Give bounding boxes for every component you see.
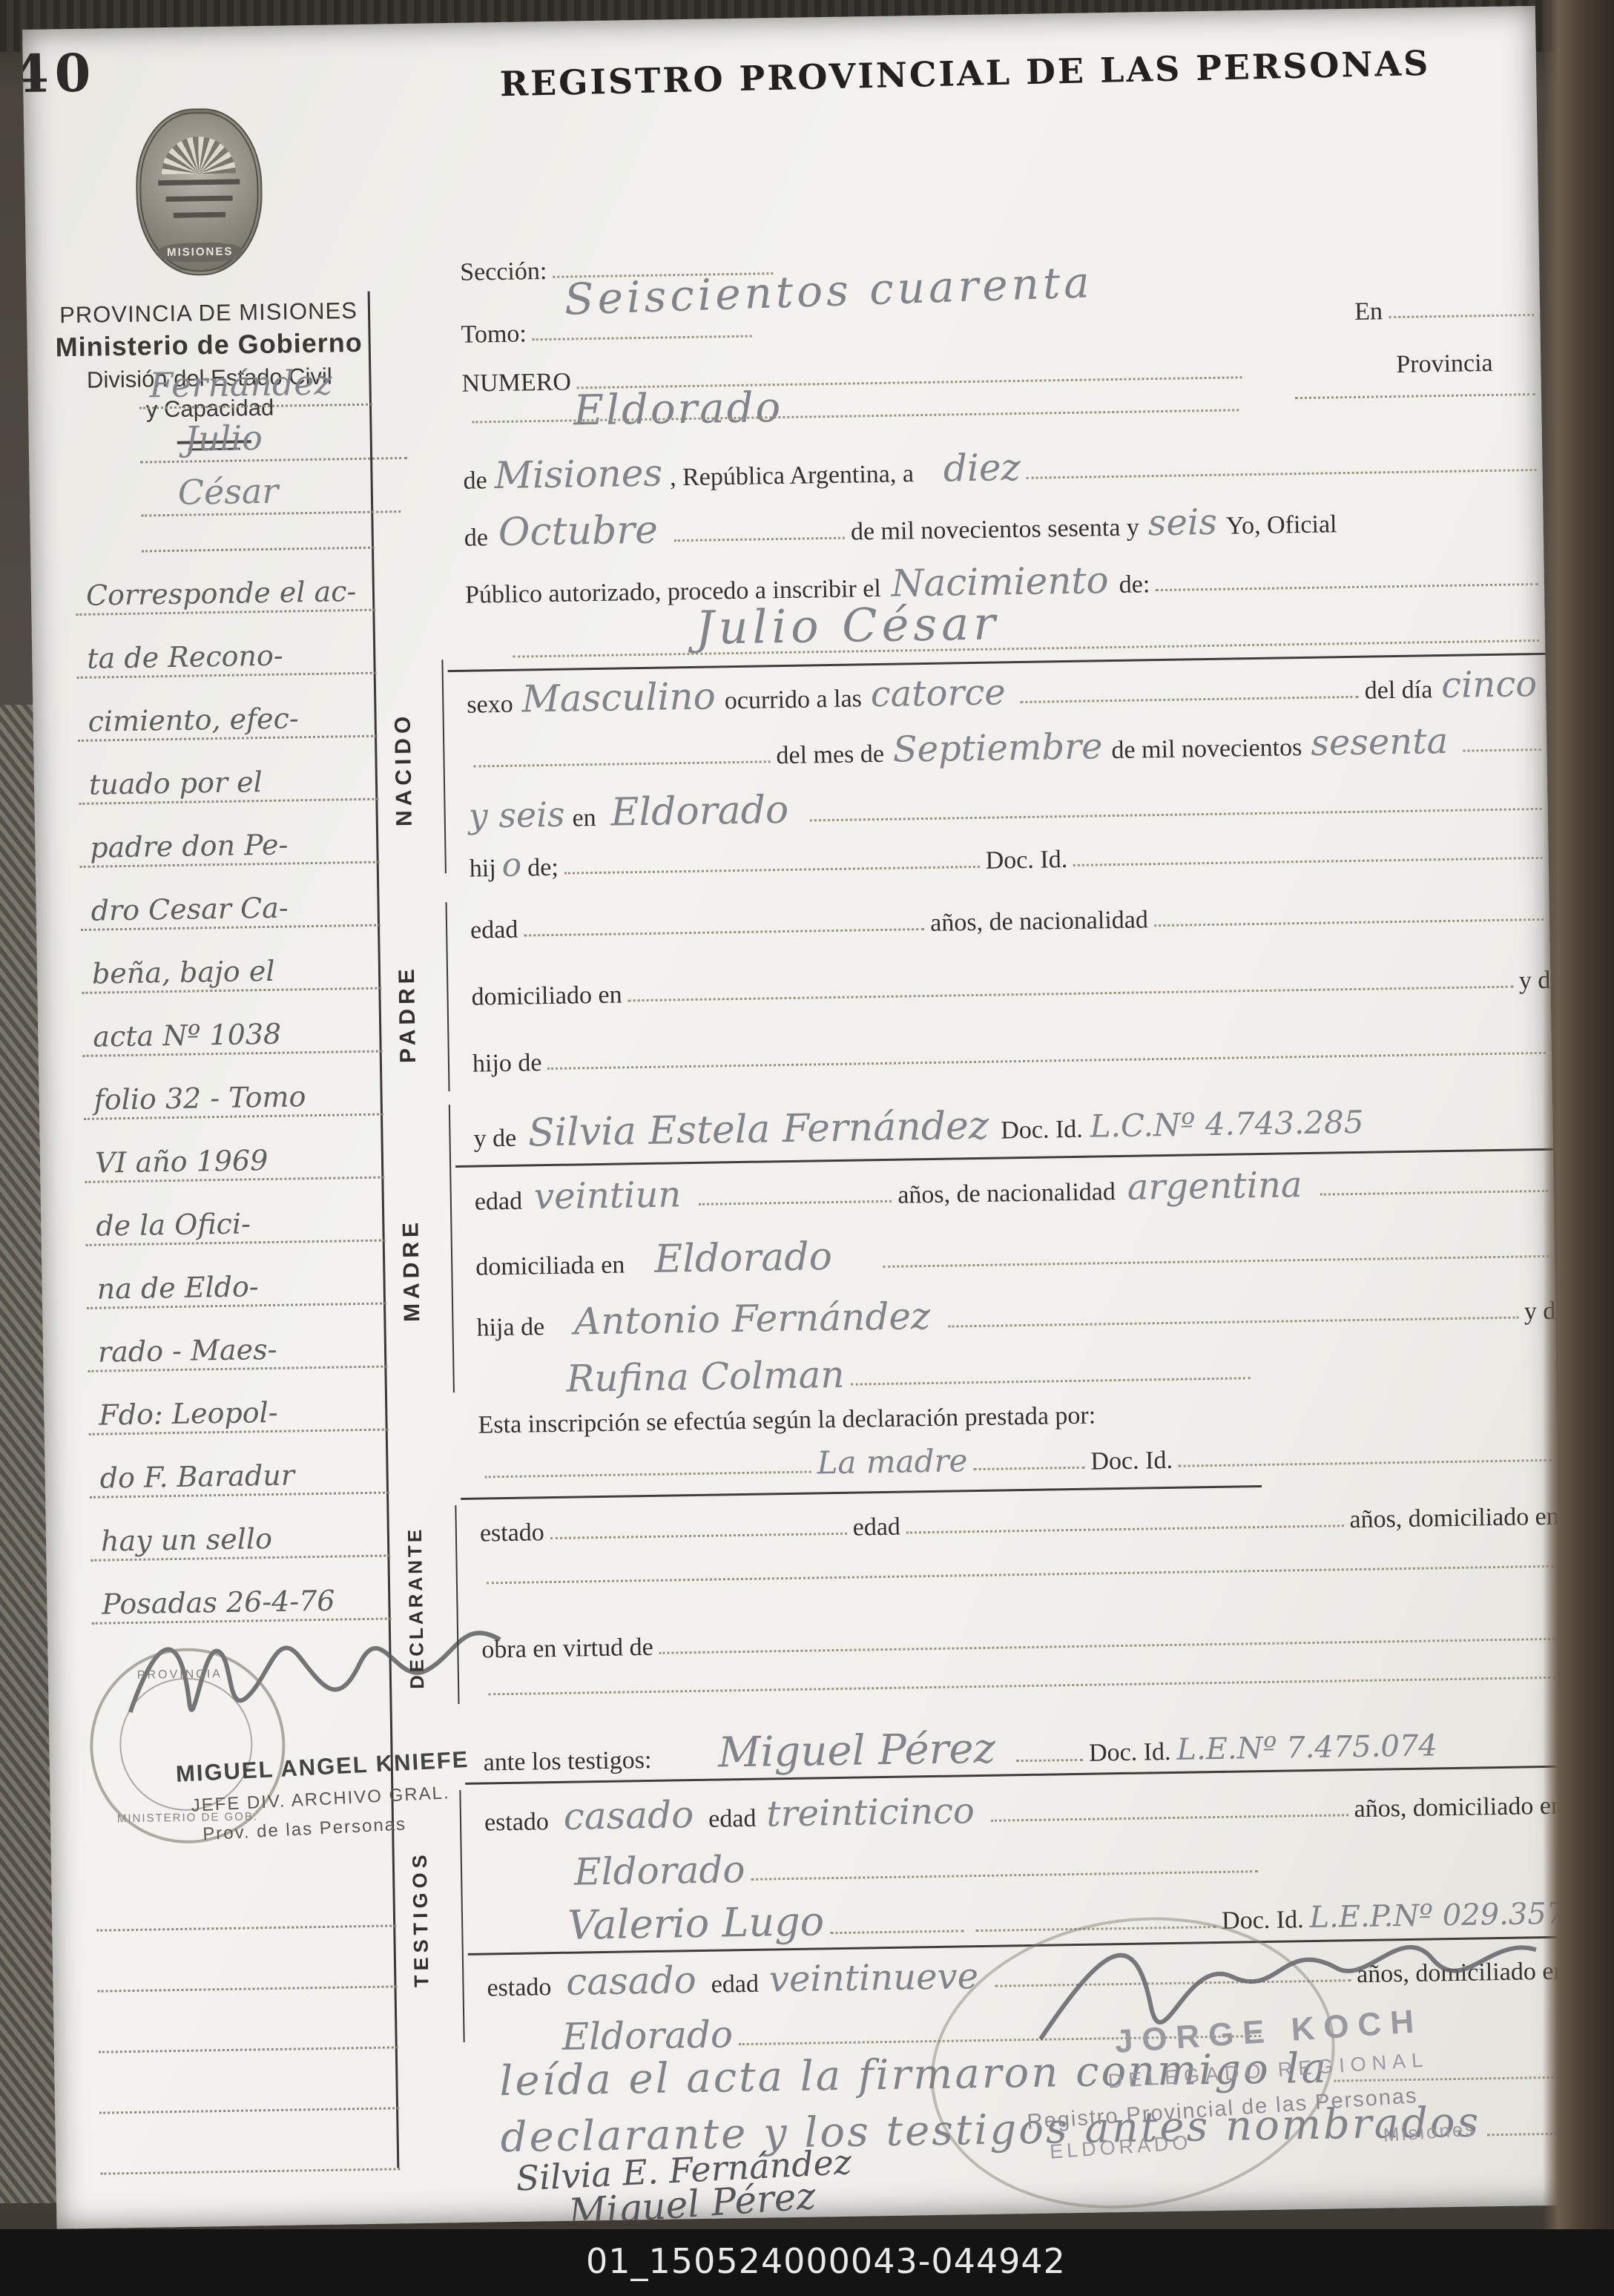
margin-firstname: Julio [139,415,407,464]
provincia-line [1289,392,1541,407]
seccion-label: Sección: [460,257,547,287]
margin-note-line: beña, bajo el [82,953,382,994]
org-line-ministerio: Ministerio de Gobierno [42,327,376,364]
intro-line3-leader [1156,582,1538,591]
nacido-row-sexo: sexo Masculino ocurrido a las catorce de… [467,665,1547,720]
testigo1-row-lugar: Eldorado [485,1843,1265,1892]
padre-row-domicilio: domiciliado en y d [471,967,1550,1012]
testigo1-edad-handwriting: treinticinco [766,1793,975,1832]
margin-middlename: César [140,469,401,516]
declarante-estado-label: estado [480,1519,544,1547]
declarante-empty-line [481,1564,1560,1592]
dia-handwriting: cinco [1441,666,1538,703]
hora-handwriting: catorce [870,674,1006,712]
testigo2-edad-label: edad [711,1970,759,1999]
margin-note-line: hay un sello [90,1520,391,1561]
testigo2-lugar-handwriting: Eldorado [561,2016,733,2056]
margin-note-line: do F. Baradur [89,1457,389,1498]
mes-handwriting: Septiembre [892,728,1102,767]
intro-line1-leader [1027,467,1537,479]
anio2-handwriting: y seis [468,797,564,833]
book-binding-right [1543,0,1614,2233]
certificate-page: 40 REGISTRO PROVINCIAL DE LAS PERSONAS M… [22,6,1569,2229]
section-label-padre: PADRE [394,936,421,1093]
intro-line-1: de Misiones , República Argentina, a die… [463,441,1543,496]
declaracion-heavy-line [461,1485,1262,1500]
madre-section-rule [449,1105,455,1392]
org-line-provincia: PROVINCIA DE MISIONES [42,297,376,329]
intro-year-printed: de mil novecientos sesenta y [851,513,1140,546]
page-title: REGISTRO PROVINCIAL DE LAS PERSONAS [498,43,1433,105]
tomo-line [533,334,752,341]
section-label-madre: MADRE [398,1185,426,1356]
intro-line-2: de Octubre de mil novecientos sesenta y … [464,497,1544,553]
intro-line2-leader [674,536,845,542]
padre-edad-label: edad [470,916,518,945]
madre-row-edad: edad veintiun años, de nacionalidad arge… [474,1163,1554,1217]
padre-hijo-label: hijo de [472,1049,542,1078]
en-lugar-label: en [572,804,596,832]
intro-yo-oficial: Yo, Oficial [1226,510,1337,540]
misiones-coat-of-arms-icon: MISIONES [135,108,264,277]
abuelo-handwriting: Antonio Fernández [574,1297,931,1341]
declarante-domicilio-label: años, domiciliado en [1349,1503,1559,1534]
margin-empty-line [142,523,375,553]
madre-row-abuela: Rufina Colman [477,1349,1256,1398]
madre-row-nombre: y de Silvia Estela Fernández Doc. Id. L.… [473,1098,1553,1154]
intro-de: de [463,467,487,495]
abuela-handwriting: Rufina Colman [566,1356,845,1398]
margin-note-line: padre don Pe- [79,827,380,868]
margin-empty-line [97,1961,397,1992]
scanned-birth-certificate: 40 REGISTRO PROVINCIAL DE LAS PERSONAS M… [0,0,1614,2296]
day-handwriting: diez [943,449,1021,487]
testigo2-nombre-handwriting: Valerio Lugo [567,1901,825,1945]
mes-label: del mes de [776,740,884,770]
acto-handwriting: Nacimiento [891,562,1109,602]
scan-footer-bar: 01_150524000043-044942 [0,2229,1614,2296]
testigo1-nombre-handwriting: Miguel Pérez [718,1728,996,1774]
tomo-label: Tomo: [461,320,527,349]
madre-docid-handwriting: L.C.Nº 4.743.285 [1090,1107,1363,1142]
declarante-handwriting: La madre [817,1445,968,1478]
margin-note-line: tuado por el [79,764,379,805]
testigo1-domicilio-label: años, domiciliado en [1354,1792,1564,1823]
madre-row-domicilio: domiciliada en Eldorado [475,1226,1555,1282]
margin-note-line: na de Eldo- [86,1269,386,1309]
ocurrido-label: ocurrido a las [725,685,863,715]
testigo1-estado-handwriting: casado [563,1796,694,1835]
testigo1-estado-label: estado [484,1808,549,1837]
field-row-en: En [1354,295,1541,326]
testigo1-edad-label: edad [708,1805,757,1834]
declarante-row-estado: estado edad años, domiciliado en [480,1503,1559,1548]
padre-nacionalidad-label: años, de nacionalidad [930,906,1148,938]
province-handwriting: Misiones [494,455,662,495]
declarante-row-obra: obra en virtud de [481,1619,1561,1665]
margin-note-line: ta de Recono- [76,638,377,679]
hij-o-handwriting: o [501,849,521,882]
margin-note-line: folio 32 - Tomo [83,1079,383,1120]
intro-republica: , República Argentina, a [670,460,914,492]
madre-hija-label: hija de [476,1313,544,1342]
nacido-section-rule [441,659,447,873]
en-label: En [1354,297,1383,326]
padre-domicilio-label: domiciliado en [471,981,622,1011]
intro-de2: de [464,524,489,552]
declarante-empty-line2 [482,1675,1561,1703]
section-label-nacido: NACIDO [390,677,418,863]
padre-section-rule [446,902,450,1091]
madre-docid-label: Doc. Id. [1001,1116,1083,1145]
section-label-testigos: TESTIGOS [408,1819,434,2019]
margin-empty-line [96,1901,396,1931]
madre-edad-handwriting: veintiun [534,1177,682,1214]
madre-domicilio-label: domiciliada en [475,1251,625,1281]
margin-note-line: rado - Maes- [88,1331,388,1372]
testigos-section-rule [459,1790,464,2042]
scan-reference-code: 01_150524000043-044942 [586,2241,1066,2281]
testigo2-estado-handwriting: casado [566,1961,696,2001]
declaracion-row-por: La madre Doc. Id. [478,1436,1558,1486]
margin-empty-line [100,2144,400,2174]
seal-banner: MISIONES [158,242,243,263]
madre-nacionalidad-label: años, de nacionalidad [897,1178,1116,1210]
margin-surname: Fernández [139,362,372,409]
madre-nombre-handwriting: Silvia Estela Fernández [528,1107,989,1153]
margin-note-line: dro Cesar Ca- [80,890,381,931]
numero-label: NUMERO [461,368,571,398]
madre-domicilio-handwriting: Eldorado [654,1237,832,1279]
margin-note-line: cimiento, efec- [77,701,378,742]
margin-empty-line [99,2083,399,2114]
nacido-row-mes: del mes de Septiembre de mil novecientos… [467,722,1547,775]
madre-nacionalidad-handwriting: argentina [1127,1167,1302,1205]
madre-row-hija: hija de Antonio Fernández y d [476,1288,1556,1343]
testigo1-docid-label: Doc. Id. [1089,1738,1171,1768]
margin-note-line: VI año 1969 [85,1142,385,1183]
sexo-handwriting: Masculino [521,677,716,717]
margin-note-line: Corresponde el ac- [76,575,376,616]
seal-bar [174,212,225,218]
page-number: 40 [22,42,97,105]
provincia-label: Provincia [1396,349,1493,379]
testigo1-lugar-handwriting: Eldorado [574,1851,745,1891]
hij-label: hij [470,855,496,884]
margin-stamp-arc-top: PROVINCIA [137,1668,223,1682]
margin-empty-line [98,2022,398,2053]
month-handwriting: Octubre [498,511,658,552]
lugar-handwriting: Eldorado [610,791,788,832]
declarante-edad-label: edad [852,1513,900,1542]
seal-bar [166,196,233,202]
sexo-label: sexo [467,691,513,720]
ante-testigos-label: ante los testigos: [483,1746,651,1777]
nacido-docid-label: Doc. Id. [985,846,1067,875]
testigo1-docid-handwriting: L.E.Nº 7.475.074 [1176,1731,1437,1765]
anio-label: de mil novecientos [1111,734,1302,765]
nacido-row-hijo: hij o de; Doc. Id. [469,833,1549,884]
nacido-row-lugar: y seis en Eldorado [468,779,1548,835]
en-line [1389,312,1534,318]
year-handwriting: seis [1147,504,1217,541]
intro-de-colon: de: [1119,570,1150,599]
declaracion-line: Esta inscripción se efectúa según la dec… [478,1402,1096,1440]
madre-yde-label: y de [473,1125,516,1154]
testigo1-row-estado: estado casado edad treinticinco años, do… [484,1783,1564,1838]
obra-label: obra en virtud de [481,1634,653,1665]
padre-row-hijo: hijo de [472,1033,1552,1079]
margin-note-line: acta Nº 1038 [82,1016,383,1057]
declaracion-docid-label: Doc. Id. [1090,1447,1173,1476]
madre-edad-label: edad [475,1188,523,1217]
margin-note-line: Fdo: Leopol- [88,1394,389,1435]
dia-label: del día [1364,676,1432,705]
anio-handwriting: sesenta [1311,723,1449,761]
testigo2-estado-label: estado [487,1973,551,2002]
padre-row-edad: edad años, de nacionalidad [470,900,1549,945]
section-label-declarante: DECLARANTE [403,1504,429,1711]
testigo2-edad-handwriting: veintinueve [768,1958,978,1997]
hij-de-label: de; [527,854,559,883]
margin-note-line: de la Ofici- [85,1205,386,1246]
